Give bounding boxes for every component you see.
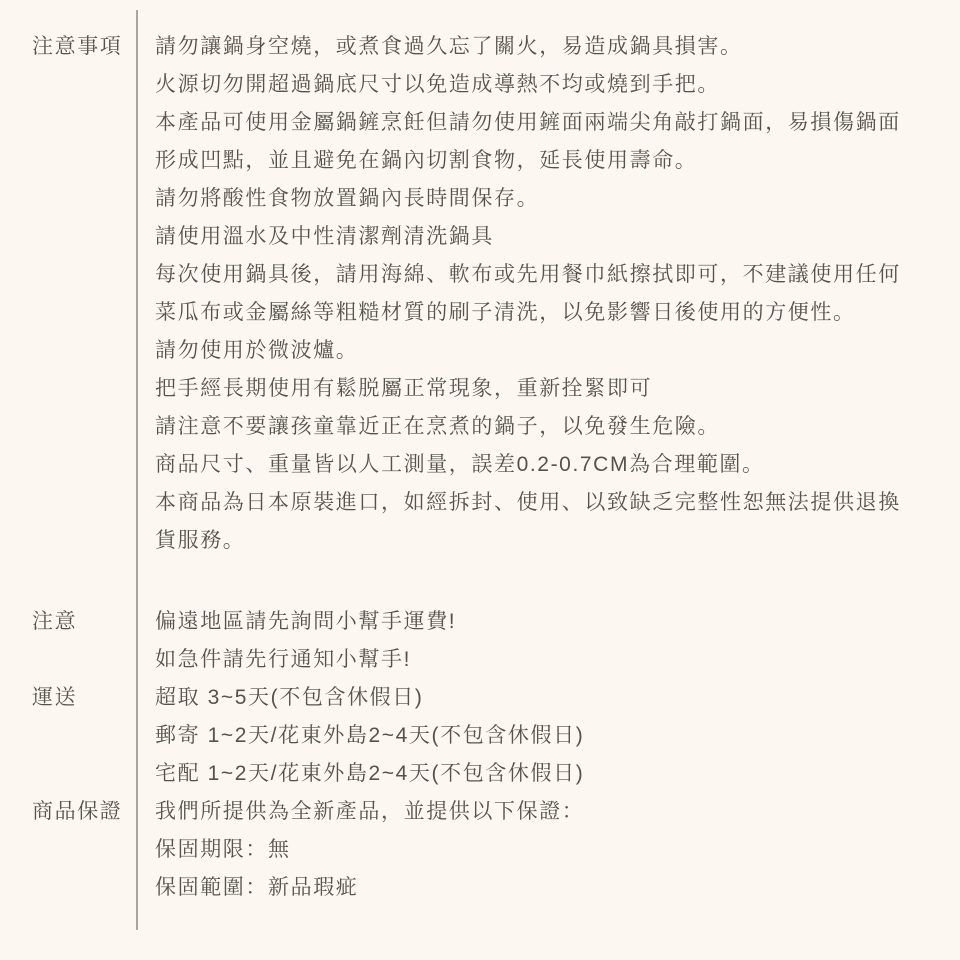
note-line: 貨服務。 <box>155 522 901 560</box>
note-line: 超取 3~5天(不包含休假日) <box>155 679 584 717</box>
note-line: 商品尺寸、重量皆以人工測量，誤差0.2-0.7CM為合理範圍。 <box>155 446 901 484</box>
note-line: 請勿將酸性食物放置鍋內長時間保存。 <box>155 180 901 218</box>
section-precautions: 注意事項 請勿讓鍋身空燒，或煮食過久忘了關火，易造成鍋具損害。 火源切勿開超過鍋… <box>0 28 960 560</box>
note-line: 形成凹點，並且避免在鍋內切割食物，延長使用壽命。 <box>155 142 901 180</box>
section-shipping: 運送 超取 3~5天(不包含休假日) 郵寄 1~2天/花東外島2~4天(不包含休… <box>0 679 960 793</box>
section-label-precautions: 注意事項 <box>0 28 136 66</box>
note-line: 本商品為日本原裝進口，如經拆封、使用、以致缺乏完整性恕無法提供退換 <box>155 484 901 522</box>
section-label-notice: 注意 <box>0 603 136 641</box>
section-content-warranty: 我們所提供為全新產品，並提供以下保證： 保固期限：無 保固範圍：新品瑕疵 <box>136 793 584 907</box>
product-notes-panel: 注意事項 請勿讓鍋身空燒，或煮食過久忘了關火，易造成鍋具損害。 火源切勿開超過鍋… <box>0 0 960 960</box>
note-line: 把手經長期使用有鬆脱屬正常現象，重新拴緊即可 <box>155 370 901 408</box>
note-line: 請注意不要讓孩童靠近正在烹煮的鍋子，以免發生危險。 <box>155 408 901 446</box>
note-line: 請使用溫水及中性清潔劑清洗鍋具 <box>155 218 901 256</box>
section-notice: 注意 偏遠地區請先詢問小幫手運費! 如急件請先行通知小幫手! <box>0 603 960 679</box>
section-label-shipping: 運送 <box>0 679 136 717</box>
section-content-shipping: 超取 3~5天(不包含休假日) 郵寄 1~2天/花東外島2~4天(不包含休假日)… <box>136 679 584 793</box>
note-line: 本產品可使用金屬鍋鏟烹飪但請勿使用鏟面兩端尖角敲打鍋面，易損傷鍋面 <box>155 104 901 142</box>
note-line: 宅配 1~2天/花東外島2~4天(不包含休假日) <box>155 755 584 793</box>
note-line: 請勿讓鍋身空燒，或煮食過久忘了關火，易造成鍋具損害。 <box>155 28 901 66</box>
section-warranty: 商品保證 我們所提供為全新產品，並提供以下保證： 保固期限：無 保固範圍：新品瑕… <box>0 793 960 907</box>
note-line: 我們所提供為全新產品，並提供以下保證： <box>155 793 584 831</box>
note-line: 菜瓜布或金屬絲等粗糙材質的刷子清洗，以免影響日後使用的方便性。 <box>155 294 901 332</box>
note-line: 請勿使用於微波爐。 <box>155 332 901 370</box>
vertical-divider-line <box>136 10 138 930</box>
section-label-warranty: 商品保證 <box>0 793 136 831</box>
section-content-notice: 偏遠地區請先詢問小幫手運費! 如急件請先行通知小幫手! <box>136 603 456 679</box>
note-line: 每次使用鍋具後，請用海綿、軟布或先用餐巾紙擦拭即可，不建議使用任何 <box>155 256 901 294</box>
section-content-precautions: 請勿讓鍋身空燒，或煮食過久忘了關火，易造成鍋具損害。 火源切勿開超過鍋底尺寸以免… <box>136 28 901 560</box>
note-line: 保固範圍：新品瑕疵 <box>155 869 584 907</box>
note-line: 郵寄 1~2天/花東外島2~4天(不包含休假日) <box>155 717 584 755</box>
note-line: 如急件請先行通知小幫手! <box>155 641 456 679</box>
note-line: 保固期限：無 <box>155 831 584 869</box>
note-line: 偏遠地區請先詢問小幫手運費! <box>155 603 456 641</box>
note-line: 火源切勿開超過鍋底尺寸以免造成導熱不均或燒到手把。 <box>155 66 901 104</box>
